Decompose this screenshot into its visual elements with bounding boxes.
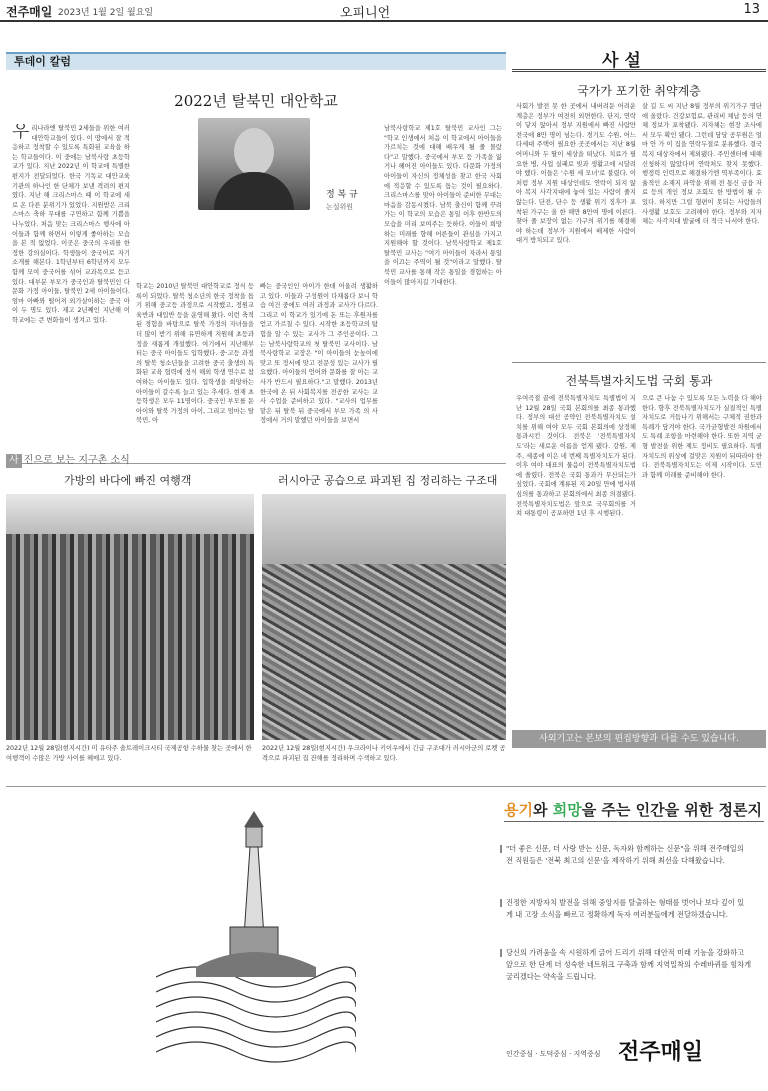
photo-caption-1: 2022년 12월 28일(현지시간) 미 유타주 솔트레이크시티 국제공항 수… [6, 744, 254, 764]
bullet-bar [500, 845, 502, 853]
newspaper-ad: 용기와 희망을 주는 인간을 위한 정론지 "더 좋은 신문, 더 사랑 받는 … [6, 786, 766, 1088]
ad-slogan: 인간중심 · 도덕중심 · 지역중심 [506, 1049, 601, 1059]
world-news-header: 사진으로 보는 지구촌 소식 [6, 448, 506, 464]
column-tag: 투데이 칼럼 [6, 52, 506, 70]
editorial-paragraph: 사회가 발전 못 한 곳에서 내버려둔 어려운 계층은 정부가 여전히 외면한다… [516, 103, 636, 244]
column-paragraph: 학교는 2010년 탈북민 대안학교로 정식 등록이 되었다. 탈북 청소년의 … [136, 283, 254, 424]
editorial-paragraph: 으로 큰 나눔 수 있도록 모든 노력을 다 해야 한다. 향후 전북특별자치도… [642, 395, 762, 479]
column-paragraph: 빠는 중국인인 아이가 한데 어울려 생활하고 있다. 이들과 구성원이 다채롭… [260, 283, 378, 424]
issue-date: 2023년 1월 2일 월요일 [58, 5, 153, 18]
column-paragraph: 남북사랑학교 제1호 탈북민 교사인 그는 "학교 인생에서 처음 이 학교에서… [384, 125, 502, 286]
editorial-paragraph: 살 길 도 씨 지난 8월 정부의 위기가구 명단에 올랐다. 건강보험료, 관… [642, 103, 762, 225]
ad-paragraph-text: "더 좋은 신문, 더 사랑 받는 신문, 독자와 함께하는 신문"을 위해 전… [506, 844, 744, 865]
ad-paragraph-text: 당신의 가려움을 속 시원하게 긁어 드리기 위해 대안적 미래 기능을 강화하… [506, 948, 751, 981]
bullet-bar [500, 899, 502, 907]
paper-name: 전주매일 [6, 3, 52, 20]
editorial-label: 사 설 [602, 46, 641, 71]
ad-title-rest: 을 주는 인간을 위한 정론지 [582, 801, 762, 819]
ad-paragraph-text: 진정한 지방자치 발전을 위해 중앙지를 탈출하는 형태를 벗어나 보다 깊이 … [506, 898, 744, 919]
ad-paragraph-2: 진정한 지방자치 발전을 위해 중앙지를 탈출하는 형태를 벗어나 보다 깊이 … [506, 897, 746, 921]
section-label-box: 사 [6, 454, 22, 468]
editorial-1-right: 살 길 도 씨 지난 8월 정부의 위기가구 명단에 올랐다. 건강보험료, 관… [642, 102, 762, 364]
page-number: 13 [743, 2, 760, 17]
ad-paragraph-1: "더 좋은 신문, 더 사랑 받는 신문, 독자와 함께하는 신문"을 위해 전… [506, 843, 746, 867]
column-paragraph: 리나라엔 탈북민 2세들을 위한 여러 대안학교들이 있다. 이 땅에서 잘 적… [12, 125, 130, 324]
ad-title-and: 와 [533, 801, 553, 819]
bullet-bar [500, 949, 502, 957]
column-title: 2022년 탈북민 대안학교 [6, 90, 506, 111]
photo-title-2: 러시아군 공습으로 파괴된 집 정리하는 구조대 [278, 472, 497, 488]
photo-title-1: 가방의 바다에 빠진 여행객 [64, 472, 191, 488]
author-face [234, 128, 274, 176]
editorial-2-left: 우여곡절 끝에 전북특별자치도 특별법이 지난 12월 28일 국회 본회의를 … [516, 394, 636, 724]
rubble-photo [262, 494, 506, 740]
ad-paragraph-3: 당신의 가려움을 속 시원하게 긁어 드리기 위해 대안적 미래 기능을 강화하… [506, 947, 752, 983]
author-photo [198, 118, 310, 210]
masthead: 전주매일 2023년 1월 2일 월요일 오피니언 13 [0, 0, 768, 22]
column-text-1: 우리나라엔 탈북민 2세들을 위한 여러 대안학교들이 있다. 이 땅에서 잘 … [12, 124, 130, 440]
editorial-1-left: 사회가 발전 못 한 곳에서 내버려둔 어려운 계층은 정부가 여전히 외면한다… [516, 102, 636, 364]
lighthouse-illustration [156, 807, 356, 1077]
photo-sky [262, 494, 506, 564]
today-column: 투데이 칼럼 2022년 탈북민 대안학교 정 복 규 논설위원 우리나라엔 탈… [6, 52, 506, 442]
editorial-title-2: 전북특별자치도법 국회 통과 [512, 372, 766, 389]
photo-caption-2: 2022년 12월 28일(현지시간) 우크라이나 키이우에서 긴급 구조대가 … [262, 744, 506, 764]
section-name: 오피니언 [340, 2, 390, 21]
ad-title-courage: 용기 [504, 801, 533, 819]
ad-title-rule [504, 821, 764, 822]
editorial-tag: 사 설 [512, 44, 766, 72]
author-role: 논설위원 [326, 202, 353, 212]
author-suit [214, 172, 294, 210]
editorial-paragraph: 우여곡절 끝에 전북특별자치도 특별법이 지난 12월 28일 국회 본회의를 … [516, 395, 636, 517]
editorial-2-right: 으로 큰 나눔 수 있도록 모든 노력을 다 해야 한다. 향후 전북특별자치도… [642, 394, 762, 724]
section-label: 진으로 보는 지구촌 소식 [24, 455, 130, 466]
luggage-photo [6, 494, 254, 740]
ad-title: 용기와 희망을 주는 인간을 위한 정론지 [504, 799, 762, 820]
column-text-4: 남북사랑학교 제1호 탈북민 교사인 그는 "학교 인생에서 처음 이 학교에서… [384, 124, 502, 440]
editorial-section: 사 설 국가가 포기한 취약계층 사회가 발전 못 한 곳에서 내버려둔 어려운… [512, 44, 766, 726]
column-text-3: 빠는 중국인인 아이가 한데 어울려 생활하고 있다. 이들과 구성원이 다채롭… [260, 282, 378, 440]
author-name: 정 복 규 [326, 187, 358, 200]
dropcap: 우 [12, 124, 29, 140]
ad-title-hope: 희망 [553, 801, 582, 819]
photo-sky [6, 494, 254, 534]
editorial-divider [512, 362, 766, 363]
editorial-title-1: 국가가 포기한 취약계층 [512, 82, 766, 99]
disclaimer-bar: 사외기고는 본보의 편집방향과 다를 수도 있습니다. [512, 730, 766, 748]
ad-logo: 전주매일 [618, 1035, 703, 1066]
column-text-2: 학교는 2010년 탈북민 대안학교로 정식 등록이 되었다. 탈북 청소년의 … [136, 282, 254, 440]
